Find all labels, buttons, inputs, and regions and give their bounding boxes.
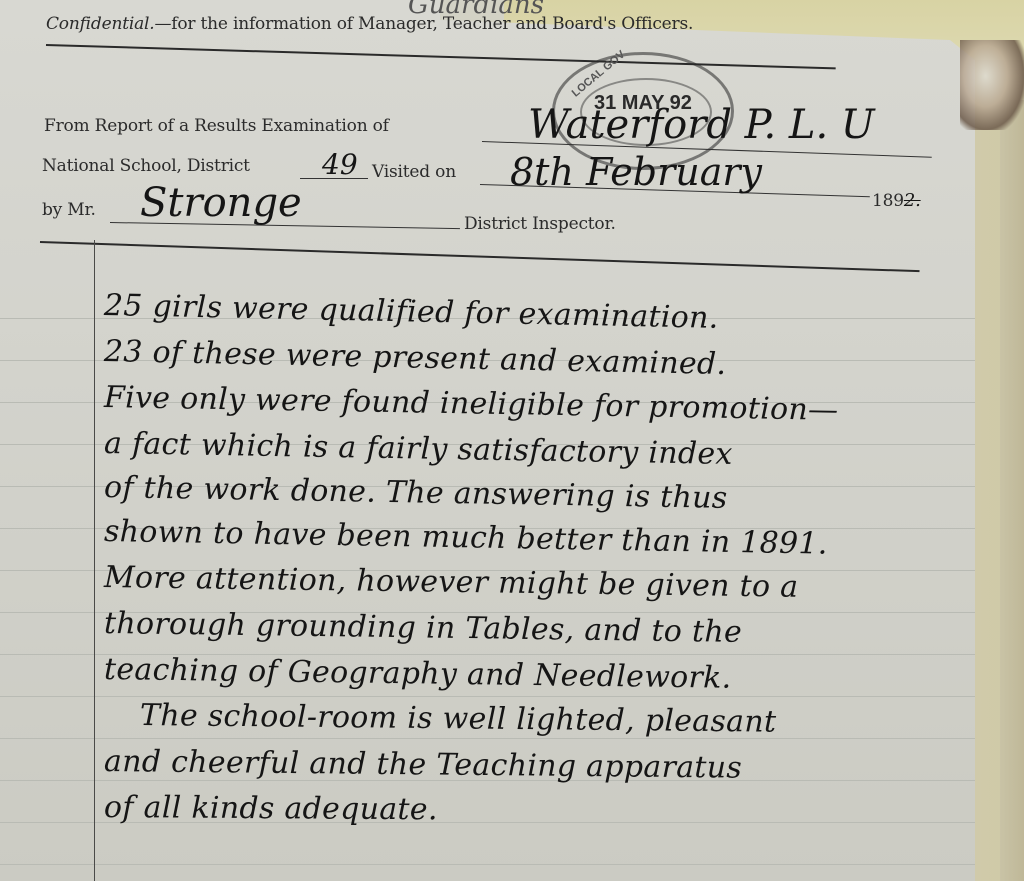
form-label-visited: Visited on bbox=[372, 162, 456, 182]
year-suffix: 2. bbox=[904, 190, 921, 211]
ruled-line bbox=[0, 696, 975, 697]
report-line: The school-room is well lighted, pleasan… bbox=[140, 698, 777, 740]
page-edge-strip bbox=[1000, 100, 1024, 881]
handwritten-guardians: Guardians bbox=[408, 0, 544, 20]
inspector-name-value: Stronge bbox=[140, 180, 302, 226]
school-name-value: Waterford P. L. U bbox=[528, 102, 875, 148]
form-label-report: From Report of a Results Examination of bbox=[44, 116, 389, 136]
visit-date-value: 8th February bbox=[510, 150, 762, 194]
report-line: and cheerful and the Teaching apparatus bbox=[104, 744, 742, 786]
form-label-district-inspector: District Inspector. bbox=[464, 214, 616, 234]
margin-line bbox=[94, 240, 95, 881]
header-notice: Confidential.—for the information of Man… bbox=[46, 14, 693, 34]
ruled-line bbox=[0, 738, 975, 739]
confidential-label: Confidential. bbox=[46, 14, 154, 34]
torn-corner bbox=[960, 40, 1024, 130]
year-prefix: 189 bbox=[872, 191, 904, 211]
form-label-district: National School, District bbox=[42, 156, 250, 176]
ruled-line bbox=[0, 864, 975, 865]
report-line: of all kinds adequate. bbox=[104, 790, 438, 827]
form-label-by-mr: by Mr. bbox=[42, 200, 96, 220]
district-value: 49 bbox=[322, 148, 358, 181]
year-field: 1892. bbox=[872, 190, 921, 211]
